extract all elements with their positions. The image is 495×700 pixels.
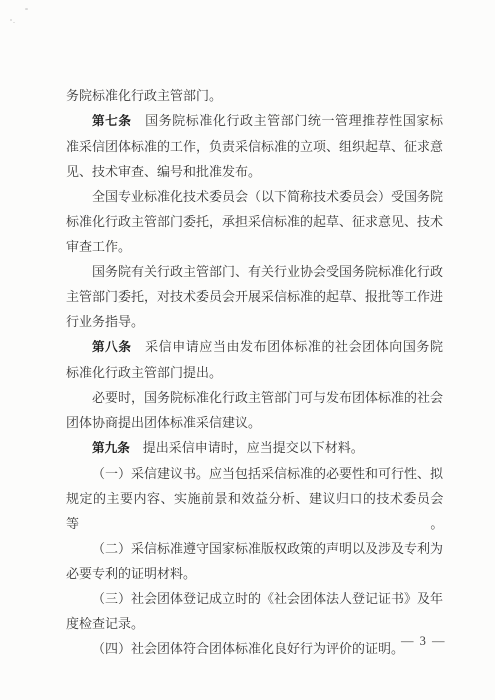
text-line: 国务院有关行政主管部门、有关行业协会受国务院标准化行政	[66, 259, 443, 284]
text-line: 第七条 国务院标准化行政主管部门统一管理推荐性国家标	[66, 108, 443, 134]
text-line: 主管部门委托，对技术委员会开展采信标准的起草、报批等工作进	[66, 284, 443, 309]
document-page: 务院标准化行政主管部门。第七条 国务院标准化行政主管部门统一管理推荐性国家标准采…	[0, 0, 495, 700]
document-body: 务院标准化行政主管部门。第七条 国务院标准化行政主管部门统一管理推荐性国家标准采…	[66, 83, 443, 661]
text-line: 标准化行政主管部门提出。	[66, 360, 443, 385]
text-line: 必要专利的证明材料。	[66, 561, 443, 586]
article-number: 第九条	[92, 441, 130, 455]
text-line: 第九条 提出采信申请时，应当提交以下材料。	[66, 435, 443, 461]
text-line: 度检查记录。	[66, 611, 443, 636]
scan-speckle	[25, 8, 28, 10]
text-line: 规定的主要内容、实施前景和效益分析、建议归口的技术委员会等。	[66, 486, 443, 536]
scan-speckle	[13, 22, 15, 23]
text-line: 准采信团体标准的工作，负责采信标准的立项、组织起草、征求意	[66, 134, 443, 159]
text-line: 全国专业标准化技术委员会（以下简称技术委员会）受国务院	[66, 184, 443, 209]
text-line: 团体协商提出团体标准采信建议。	[66, 410, 443, 435]
page-number: — 3 —	[401, 634, 446, 649]
article-number: 第七条	[92, 114, 132, 128]
text-line: 务院标准化行政主管部门。	[66, 83, 443, 108]
article-number: 第八条	[92, 340, 132, 354]
text-line: 标准化行政主管部门委托，承担采信标准的起草、征求意见、技术	[66, 209, 443, 234]
text-line: （一）采信建议书。应当包括采信标准的必要性和可行性、拟	[66, 461, 443, 486]
text-line: （二）采信标准遵守国家标准版权政策的声明以及涉及专利为	[66, 536, 443, 561]
text-line: 行业务指导。	[66, 309, 443, 334]
text-line: 审查工作。	[66, 234, 443, 259]
text-line: 必要时，国务院标准化行政主管部门可与发布团体标准的社会	[66, 385, 443, 410]
text-line: （四）社会团体符合团体标准化良好行为评价的证明。	[66, 636, 443, 661]
text-line: 见、技术审查、编号和批准发布。	[66, 159, 443, 184]
scan-speckle	[10, 19, 12, 21]
text-line: 第八条 采信申请应当由发布团体标准的社会团体向国务院	[66, 334, 443, 360]
text-line: （三）社会团体登记成立时的《社会团体法人登记证书》及年	[66, 586, 443, 611]
